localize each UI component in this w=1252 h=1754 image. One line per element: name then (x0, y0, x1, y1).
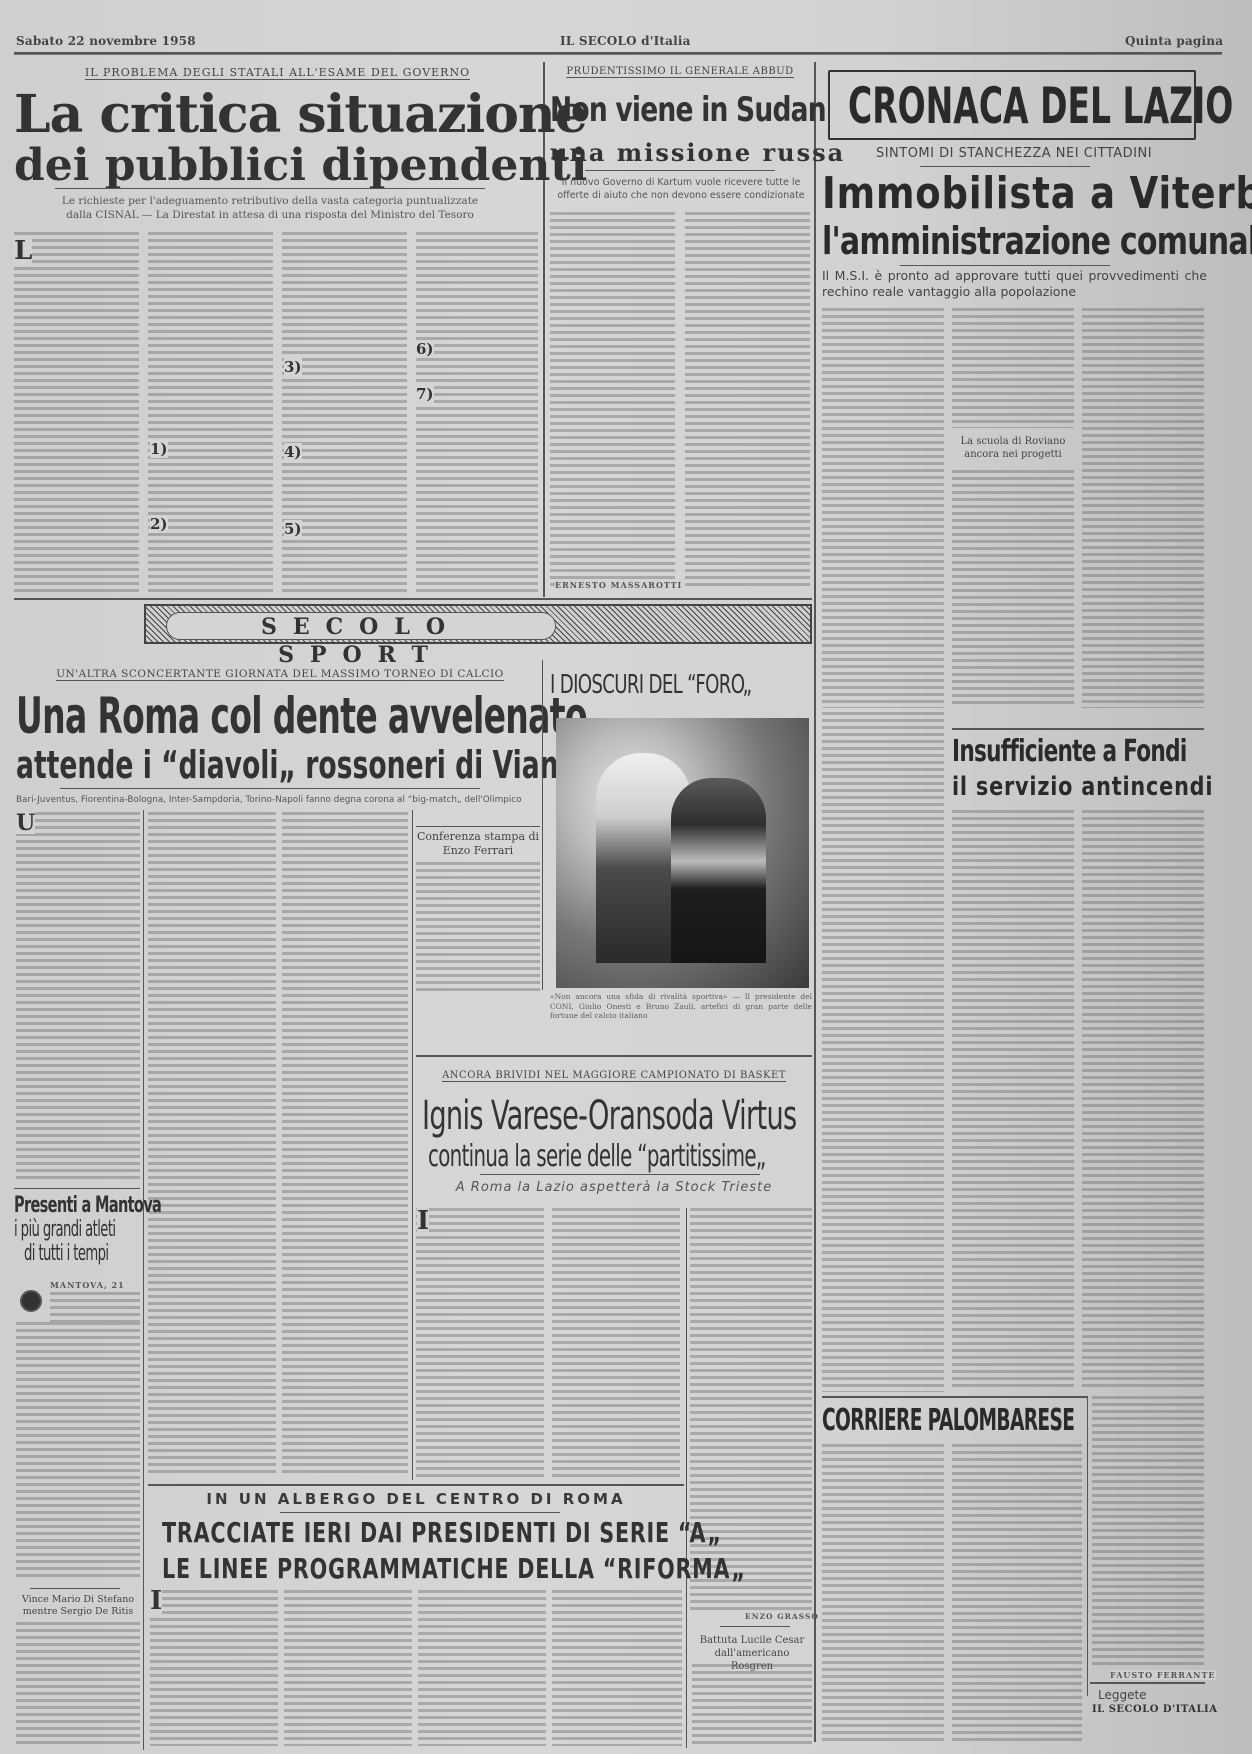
statali-headline-1: La critica situazione (14, 88, 539, 142)
folio-rule (14, 52, 1222, 55)
sport-section-banner: SECOLO SPORT (144, 604, 812, 644)
promo-name: IL SECOLO D'ITALIA (1092, 1704, 1217, 1715)
basket-kicker: ANCORA BRIVIDI NEL MAGGIORE CAMPIONATO D… (416, 1070, 812, 1081)
ferrari-column (416, 862, 540, 992)
point-marker: 4) (284, 443, 302, 461)
statali-column-4 (416, 232, 538, 592)
promo-label: Leggete (1098, 1688, 1147, 1702)
photo-figure (671, 778, 766, 963)
newspaper-name: IL SECOLO d'Italia (560, 34, 691, 48)
dropcap: I (417, 1208, 429, 1234)
fondi-headline-2: il servizio antincendi (952, 772, 1213, 802)
point-marker: 3) (284, 358, 302, 376)
page-number: Quinta pagina (1125, 34, 1223, 48)
statali-subhead: Le richieste per l'adeguamento retributi… (50, 194, 490, 222)
headline-rule (280, 1512, 560, 1513)
sudan-subhead: Il nuovo Governo di Kartum vuole ricever… (552, 176, 810, 202)
column-divider (143, 810, 144, 1750)
sport-section-title: SECOLO SPORT (166, 612, 556, 640)
mantova-column-c (16, 1622, 140, 1746)
riforma-column-4 (552, 1590, 682, 1746)
mantova-headline-2: i più grandi atleti (14, 1218, 115, 1242)
lazio-column-1 (822, 308, 944, 708)
point-marker: 6) (416, 340, 434, 358)
lazio-column-2 (952, 308, 1074, 428)
lazio-headline-2: l'amministrazione comunale (822, 220, 1252, 262)
basket-headline-2: continua la serie delle “partitissime„ (428, 1140, 766, 1174)
calcio-column-2 (148, 812, 276, 1477)
point-marker: 2) (150, 515, 168, 533)
mantova-column-b (16, 1322, 140, 1580)
mantova-brief-title: Vince Mario Di Stefano mentre Sergio De … (16, 1594, 140, 1618)
headline-rule (585, 170, 775, 171)
riforma-column-3 (418, 1590, 546, 1746)
dropcap: I (150, 1588, 162, 1614)
promo-rule (1090, 1682, 1205, 1684)
statali-headline-2: dei pubblici dipendenti (14, 142, 539, 190)
dioscuri-caption: «Non ancora una sfida di rivalità sporti… (550, 992, 812, 1042)
basket-subhead: A Roma la Lazio aspetterà la Stock Tries… (416, 1180, 812, 1195)
calcio-column-1 (16, 812, 140, 1182)
sudan-column-2 (685, 212, 810, 587)
dioscuri-headline: I DIOSCURI DEL “FORO„ (550, 670, 751, 700)
calcio-column-3 (282, 812, 408, 1477)
sudan-kicker: PRUDENTISSIMO IL GENERALE ABBUD (550, 66, 810, 77)
calcio-subhead: Bari-Juventus, Fiorentina-Bologna, Inter… (16, 795, 535, 805)
column-divider (412, 810, 413, 1480)
basket-column-2 (552, 1208, 680, 1480)
riforma-headline-1: TRACCIATE IERI DAI PRESIDENTI DI SERIE “… (162, 1516, 722, 1550)
dropcap: U (16, 812, 35, 834)
palombarese-column-1 (822, 1444, 944, 1744)
section-rule (14, 598, 812, 600)
sudan-byline: ERNESTO MASSAROTTI (555, 580, 682, 590)
mantova-logo-icon (20, 1290, 42, 1312)
column-divider (686, 1208, 687, 1748)
section-rule (148, 1484, 684, 1486)
headline-rule (920, 166, 1090, 167)
riforma-headline-2: LE LINEE PROGRAMMATICHE DELLA “RIFORMA„ (162, 1552, 746, 1586)
basket-headline-1: Ignis Varese-Oransoda Virtus (422, 1094, 797, 1138)
riforma-column-1 (150, 1590, 278, 1746)
mantova-headline-3: di tutti i tempi (24, 1242, 108, 1266)
column-divider (814, 62, 816, 1742)
fondi-column-1 (952, 810, 1074, 1390)
statali-column-3 (282, 232, 407, 592)
newspaper-page: Sabato 22 novembre 1958 IL SECOLO d'Ital… (0, 0, 1252, 1754)
basket-byline: ENZO GRASSO (745, 1612, 819, 1621)
roviano-brief-title: La scuola di Roviano ancora nei progetti (952, 435, 1074, 461)
riforma-kicker: IN UN ALBERGO DEL CENTRO DI ROMA (148, 1490, 684, 1508)
sudan-headline-1: Non viene in Sudan (550, 92, 826, 128)
palombarese-column-3 (1092, 1396, 1204, 1666)
lazio-subhead: Il M.S.I. è pronto ad approvare tutti qu… (822, 268, 1207, 300)
lazio-column-2b (952, 470, 1074, 708)
section-rule (822, 1396, 1087, 1398)
fondi-column-2 (1082, 810, 1204, 1390)
palombarese-title: CORRIERE PALOMBARESE (822, 1404, 1074, 1438)
calcio-headline-1: Una Roma col dente avvelenato (16, 690, 587, 742)
dioscuri-photo (556, 718, 809, 988)
column-divider (542, 660, 543, 990)
palombarese-byline: FAUSTO FERRANTE (1110, 1670, 1216, 1680)
headline-rule (60, 788, 480, 789)
mantova-headline-1: Presenti a Mantova (14, 1194, 161, 1218)
brief-rule (720, 1626, 790, 1627)
section-rule (416, 1055, 812, 1057)
point-marker: 1) (150, 440, 168, 458)
lazio-kicker: SINTOMI DI STANCHEZZA NEI CITTADINI (830, 146, 1198, 161)
fondi-headline-1: Insufficiente a Fondi (952, 736, 1187, 768)
basket-column-1 (416, 1208, 544, 1480)
lazio-section-title: CRONACA DEL LAZIO (848, 78, 1233, 134)
calcio-kicker: UN'ALTRA SCONCERTANTE GIORNATA DEL MASSI… (20, 668, 540, 680)
mantova-column-a (50, 1292, 140, 1322)
palombarese-column-2 (952, 1444, 1082, 1744)
statali-kicker: IL PROBLEMA DEGLI STATALI ALL'ESAME DEL … (20, 66, 535, 79)
mantova-dateline: MANTOVA, 21 (50, 1280, 125, 1290)
dropcap: L (14, 236, 32, 266)
statali-column-2 (148, 232, 273, 592)
boxing-column (692, 1664, 812, 1746)
calcio-headline-2: attende i “diavoli„ rossoneri di Viani (16, 744, 568, 786)
section-rule (14, 1188, 140, 1189)
point-marker: 7) (416, 385, 434, 403)
headline-rule (900, 265, 1110, 266)
statali-column-1 (14, 232, 139, 592)
lazio-column-3 (1082, 308, 1204, 708)
section-rule (952, 728, 1204, 730)
point-marker: 5) (284, 520, 302, 538)
sudan-headline-2: una missione russa (550, 138, 812, 167)
headline-rule (480, 1174, 760, 1175)
issue-date: Sabato 22 novembre 1958 (16, 34, 196, 48)
ferrari-title: Conferenza stampa di Enzo Ferrari (416, 830, 540, 858)
lazio-headline-1: Immobilista a Viterbo (822, 170, 1252, 218)
column-divider (1087, 1396, 1088, 1696)
brief-rule (30, 1588, 120, 1589)
sudan-column-1 (550, 212, 675, 587)
lazio-column-1b (822, 712, 944, 1392)
section-rule (416, 826, 540, 827)
headline-rule (55, 188, 485, 189)
riforma-column-2 (284, 1590, 412, 1746)
